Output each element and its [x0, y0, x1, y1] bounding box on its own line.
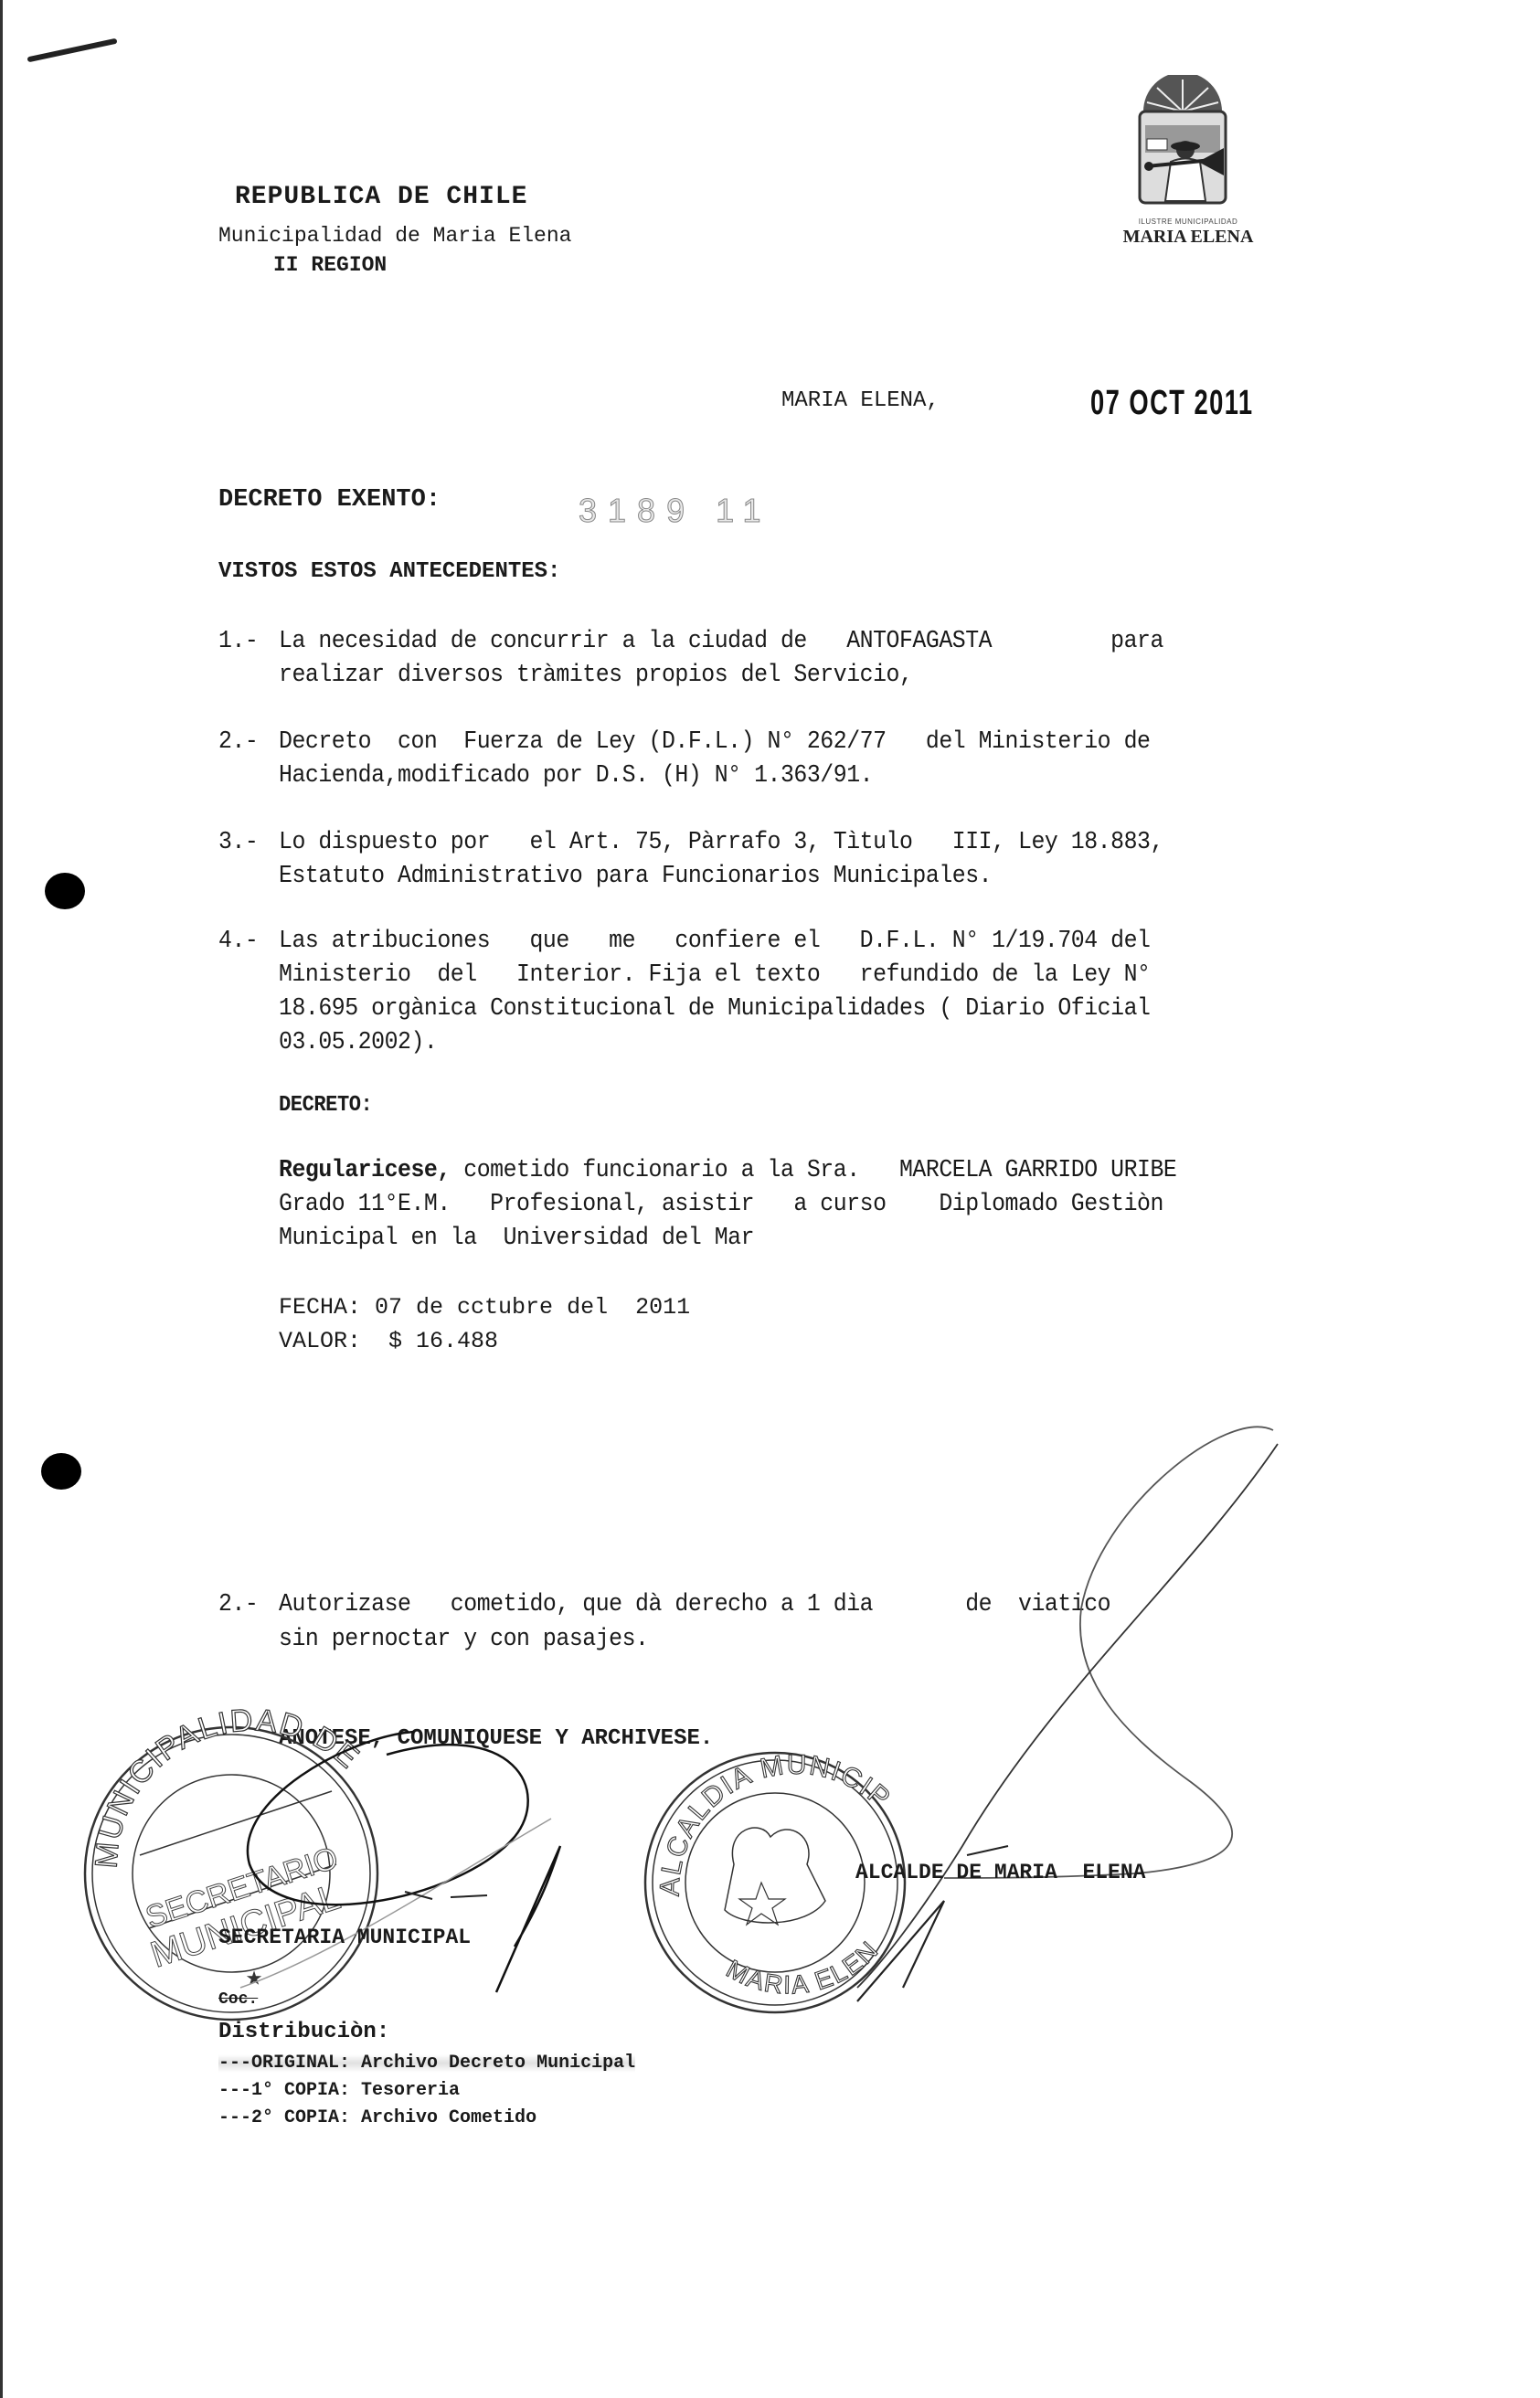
secretary-signature-label: SECRETARIA MUNICIPAL	[218, 1926, 471, 1949]
vistos-item-line: Hacienda,modificado por D.S. (H) N° 1.36…	[279, 762, 873, 790]
vistos-item-line: Estatuto Administrativo para Funcionario…	[279, 863, 992, 890]
vistos-heading: VISTOS ESTOS ANTECEDENTES:	[218, 559, 560, 584]
distribution-item: ---2° COPIA: Archivo Cometido	[218, 2107, 536, 2128]
resolution-line-2: Grado 11°E.M. Profesional, asistir a cur…	[279, 1191, 1163, 1218]
punch-hole	[41, 1453, 81, 1490]
secretary-seal	[85, 1727, 377, 2020]
header-country: REPUBLICA DE CHILE	[235, 183, 527, 211]
distribution-prefix: ---ORIGINAL:	[218, 2053, 350, 2074]
distribution-target: Archivo Decreto Municipal	[350, 2053, 635, 2074]
header-region: II REGION	[273, 253, 387, 277]
dateline-place: MARIA ELENA,	[781, 388, 940, 413]
authorization-line-2: sin pernoctar y con pasajes.	[279, 1626, 649, 1653]
resolution-text: cometido funcionario a la Sra. MARCELA G…	[451, 1157, 1177, 1184]
closing-formula: ANOTESE, COMUNIQUESE Y ARCHIVESE.	[279, 1726, 713, 1751]
authorization-number: 2.-	[218, 1591, 258, 1618]
mayor-signature-label: ALCALDE DE MARIA ELENA	[855, 1861, 1145, 1884]
fecha-value: 07 de cctubre del 2011	[375, 1294, 690, 1321]
vistos-item-line: 03.05.2002).	[279, 1029, 437, 1056]
distribution-item: ---ORIGINAL: Archivo Decreto Municipal	[218, 2053, 635, 2074]
vistos-item-number: 3.-	[218, 829, 258, 856]
svg-text:★: ★	[246, 1963, 262, 1994]
logo-name: MARIA ELENA	[1120, 227, 1257, 248]
svg-text:SECRETARIO: SECRETARIO	[142, 1841, 343, 1936]
vistos-item-line: 18.695 orgànica Constitucional de Munici…	[279, 995, 1150, 1023]
resolution-lead: Regularicese,	[279, 1157, 451, 1184]
authorization-line-1: Autorizase cometido, que dà derecho a 1 …	[279, 1591, 1110, 1618]
municipal-coat-of-arms-icon	[1134, 75, 1231, 212]
vistos-item-number: 1.-	[218, 628, 258, 655]
vistos-item-line: Decreto con Fuerza de Ley (D.F.L.) N° 26…	[279, 728, 1150, 756]
date-stamp: 07 OCT 2011	[1090, 384, 1254, 423]
distribution-target: Tesoreria	[350, 2080, 460, 2101]
valor-line: VALOR: $ 16.488	[279, 1328, 498, 1354]
distribution-prefix: ---2° COPIA:	[218, 2107, 350, 2128]
fecha-label: FECHA:	[279, 1294, 361, 1321]
scan-mark	[27, 38, 117, 63]
distribution-target: Archivo Cometido	[350, 2107, 536, 2128]
header-municipality: Municipalidad de Maria Elena	[218, 224, 571, 248]
resolution-line-1: Regularicese, cometido funcionario a la …	[279, 1157, 1176, 1184]
distribution-heading: Distribuciòn:	[218, 2020, 389, 2044]
vistos-item-line: La necesidad de concurrir a la ciudad de…	[279, 628, 1163, 655]
resolution-line-3: Municipal en la Universidad del Mar	[279, 1225, 754, 1252]
vistos-item-number: 2.-	[218, 728, 258, 756]
document-page: REPUBLICA DE CHILE Municipalidad de Mari…	[0, 0, 1540, 2398]
logo-subtitle: ILUSTRE MUNICIPALIDAD	[1129, 218, 1248, 226]
initials: Coc.	[218, 1990, 258, 2009]
distribution-prefix: ---1° COPIA:	[218, 2080, 350, 2101]
valor-label: VALOR:	[279, 1328, 361, 1354]
vistos-item-line: Ministerio del Interior. Fija el texto r…	[279, 961, 1150, 989]
vistos-item-number: 4.-	[218, 928, 258, 955]
vistos-item-line: Lo dispuesto por el Art. 75, Pàrrafo 3, …	[279, 829, 1163, 856]
decree-label: DECRETO EXENTO:	[218, 486, 441, 514]
vistos-item-line: realizar diversos tràmites propios del S…	[279, 662, 912, 689]
vistos-item-line: Las atribuciones que me confiere el D.F.…	[279, 928, 1150, 955]
punch-hole	[45, 873, 85, 909]
valor-value: $ 16.488	[375, 1328, 498, 1354]
fecha-line: FECHA: 07 de cctubre del 2011	[279, 1294, 690, 1321]
distribution-item: ---1° COPIA: Tesoreria	[218, 2080, 460, 2101]
decree-number-stamp: 3189 11	[579, 492, 771, 530]
decreto-heading: DECRETO:	[279, 1093, 372, 1118]
